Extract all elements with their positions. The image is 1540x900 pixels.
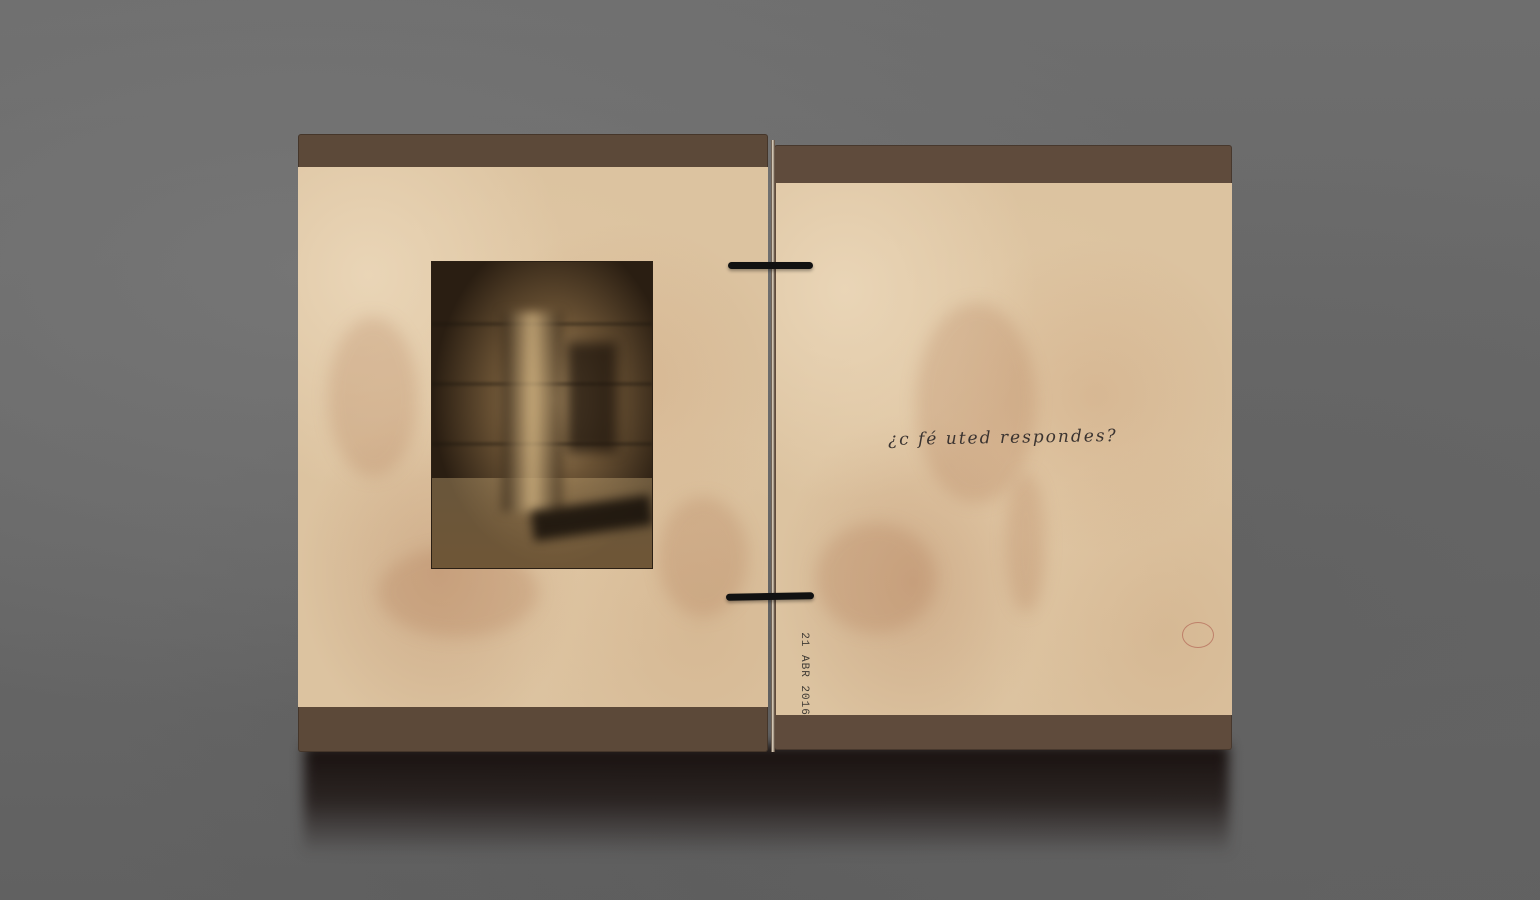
stain [816,523,936,633]
ring-stain [1182,622,1214,648]
handwritten-question: ¿c fé uted respondes? [888,426,1118,450]
book-shadow [304,745,1229,855]
right-page [776,183,1232,715]
photo-figure [502,312,562,512]
photo-figure-shadow [567,342,617,452]
book-spine [771,140,775,752]
stain [328,317,418,477]
stain [916,303,1036,503]
date-stamp: 21 ABR 2016 [798,632,810,716]
binding-cord-top [728,262,813,269]
sepia-photograph [432,262,652,568]
stain [1006,473,1046,613]
